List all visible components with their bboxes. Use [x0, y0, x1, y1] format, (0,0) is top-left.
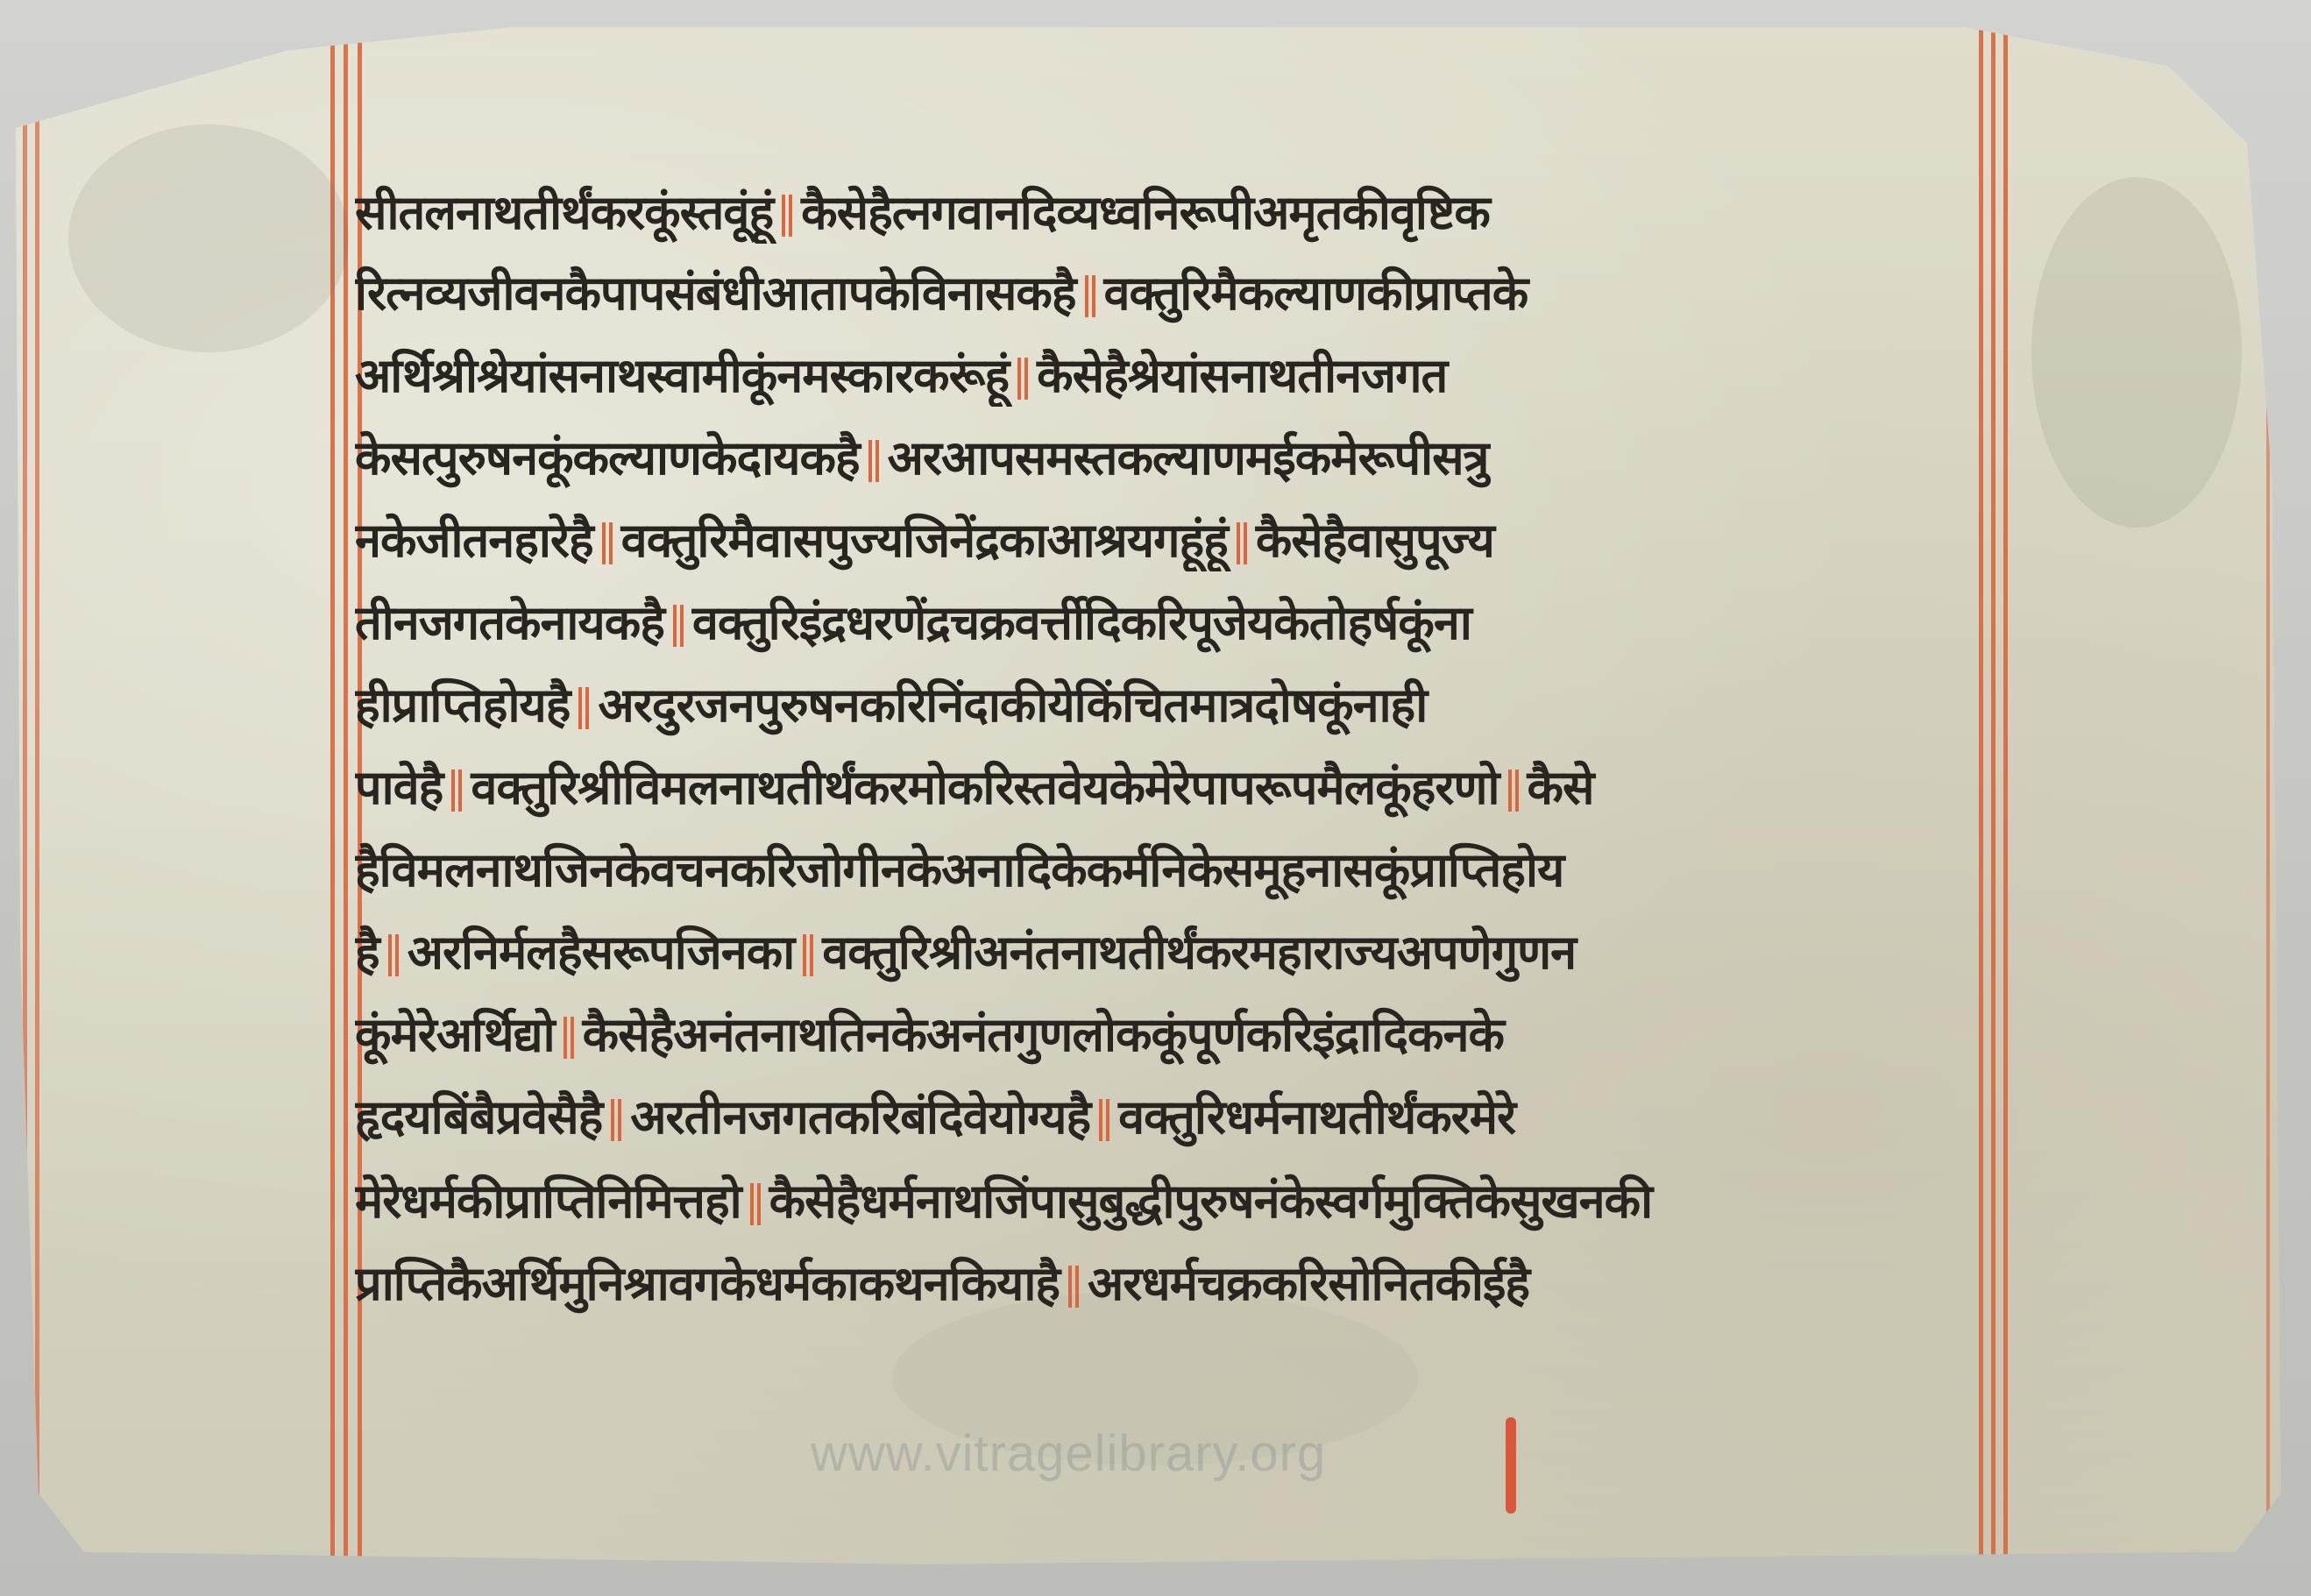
text-segment: कैसे [1528, 760, 1594, 815]
text-segment: हीप्राप्तिहोयहै [355, 677, 570, 733]
double-danda-mark [803, 934, 813, 976]
margin-rule [2003, 19, 2008, 1571]
text-segment: केसत्पुरुषनकूंकल्याणकेदायकहै [355, 430, 860, 486]
manuscript-line: तीनजगतकेनायकहैवक्तुरिइंद्रधरणेंद्रचक्रवर… [355, 592, 1994, 654]
text-segment: वक्तुरिइंद्रधरणेंद्रचक्रवर्त्तीदिकरिपूजे… [692, 595, 1471, 650]
margin-rule [23, 19, 27, 1571]
text-segment: नकेजीतनहारेहै [355, 513, 593, 568]
text-segment: कूंमेरेअर्थिद्यो [355, 1007, 555, 1062]
text-segment: वक्तुरिमैकल्याणकीप्राप्तके [1104, 266, 1528, 321]
text-segment: सीतलनाथतीर्थंकरकूंस्तवूंहूं [355, 185, 773, 240]
double-danda-mark [1099, 1099, 1109, 1141]
text-segment: प्राप्तिकैअर्थिमुनिश्रावगकेधर्मकाकथनकिया… [355, 1256, 1060, 1311]
double-danda-mark [564, 1017, 574, 1059]
margin-rule [35, 19, 39, 1571]
manuscript-line: सीतलनाथतीर्थंकरकूंस्तवूंहूंकैसेहैत्नगवान… [355, 182, 1994, 244]
text-segment: रित्नव्यजीवनकैपापसंबंधीआतापकेविनासकहै [355, 266, 1076, 321]
text-segment: तीनजगतकेनायकहै [355, 595, 664, 650]
manuscript-line: केसत्पुरुषनकूंकल्याणकेदायकहैअरआपसमस्तकल्… [355, 428, 1994, 489]
double-danda-mark [388, 934, 399, 976]
manuscript-line: पावेहैवक्तुरिश्रीविमलनाथतीर्थंकरमोकरिस्त… [355, 757, 1994, 819]
text-segment: अरधर्मचक्रकरिसोनितकीईहै [1088, 1256, 1529, 1311]
text-segment: अरआपसमस्तकल्याणमईकमेरूपीसत्रु [888, 430, 1489, 486]
double-danda-mark [1017, 358, 1028, 400]
manuscript-line: हैविमलनाथजिनकेवचनकरिजोगीनकेअनादिकेकर्मनि… [355, 840, 1994, 901]
text-segment: अरतीनजगतकरिबंदिवेयोग्यहै [630, 1089, 1090, 1145]
manuscript-line: प्राप्तिकैअर्थिमुनिश्रावगकेधर्मकाकथनकिया… [355, 1253, 1994, 1315]
text-segment: है [355, 925, 379, 980]
manuscript-line: रित्नव्यजीवनकैपापसंबंधीआतापकेविनासकहैवक्… [355, 263, 1994, 324]
text-segment: कैसेहैत्नगवानदिव्यध्वनिरूपीअमृतकीवृष्टिक [801, 185, 1490, 240]
manuscript-line: मेरेधर्मकीप्राप्तिनिमित्तहोकैसेहैधर्मनाथ… [355, 1171, 1994, 1232]
double-danda-mark [1508, 770, 1519, 812]
double-danda-mark [1085, 275, 1095, 317]
text-segment: हैविमलनाथजिनकेवचनकरिजोगीनकेअनादिकेकर्मनि… [355, 842, 1563, 897]
double-danda-mark [673, 605, 684, 647]
text-segment: हृदयबिंबैप्रवेसैहै [355, 1089, 602, 1145]
double-danda-mark [578, 687, 589, 729]
manuscript-line: नकेजीतनहारेहैवक्तुरिमैवासपुज्यजिनेंद्रका… [355, 510, 1994, 571]
text-segment: कैसेहैश्रेयांसनाथतीनजगत [1037, 348, 1447, 403]
double-danda-mark [1068, 1266, 1079, 1308]
text-segment: वक्तुरिमैवासपुज्यजिनेंद्रकाआश्रयगहूंहूं [621, 513, 1228, 568]
manuscript-line: हैअरनिर्मलहैसरूपजिनकावक्तुरिश्रीअनंतनाथत… [355, 922, 1994, 983]
double-danda-mark [782, 195, 792, 237]
manuscript-line: कूंमेरेअर्थिद्योकैसेहैअनंतनाथतिनकेअनंतगु… [355, 1004, 1994, 1066]
folio-marker [1506, 1417, 1516, 1514]
double-danda-mark [451, 770, 462, 812]
watermark: www.vitragelibrary.org [811, 1424, 1326, 1483]
double-danda-mark [750, 1183, 761, 1225]
double-danda-mark [1237, 522, 1247, 564]
text-segment: कैसेहैधर्मनाथजिंपासुबुद्धीपुरुषनंकेस्वर्… [769, 1174, 1652, 1229]
double-danda-mark [868, 440, 879, 482]
text-segment: अरदुरजनपुरुषनकरिनिंदाकीयेकिंचितमात्रदोषक… [598, 677, 1427, 733]
text-segment: वक्तुरिश्रीअनंतनाथतीर्थंकरमहाराज्यअपणेगु… [822, 925, 1576, 980]
double-danda-mark [602, 522, 613, 564]
manuscript-line: अर्थिश्रीश्रेयांसनाथस्वामीकूंनमस्कारकरूं… [355, 345, 1994, 407]
text-segment: कैसेहैअनंतनाथतिनकेअनंतगुणलोककूंपूर्णकरिइ… [583, 1007, 1504, 1062]
text-segment: वक्तुरिश्रीविमलनाथतीर्थंकरमोकरिस्तवेयकेम… [471, 760, 1499, 815]
manuscript-line: हीप्राप्तिहोयहैअरदुरजनपुरुषनकरिनिंदाकीये… [355, 675, 1994, 736]
text-segment: मेरेधर्मकीप्राप्तिनिमित्तहो [355, 1174, 741, 1229]
text-segment: वक्तुरिधर्मनाथतीर्थंकरमेरे [1118, 1089, 1515, 1145]
text-segment: अर्थिश्रीश्रेयांसनाथस्वामीकूंनमस्कारकरूं… [355, 348, 1009, 403]
text-segment: कैसेहैवासुपूज्य [1256, 513, 1494, 568]
text-segment: पावेहै [355, 760, 443, 815]
manuscript-line: हृदयबिंबैप्रवेसैहैअरतीनजगतकरिबंदिवेयोग्य… [355, 1087, 1994, 1148]
double-danda-mark [611, 1099, 621, 1141]
text-segment: अरनिर्मलहैसरूपजिनका [408, 925, 795, 980]
margin-rule [2266, 19, 2270, 1571]
